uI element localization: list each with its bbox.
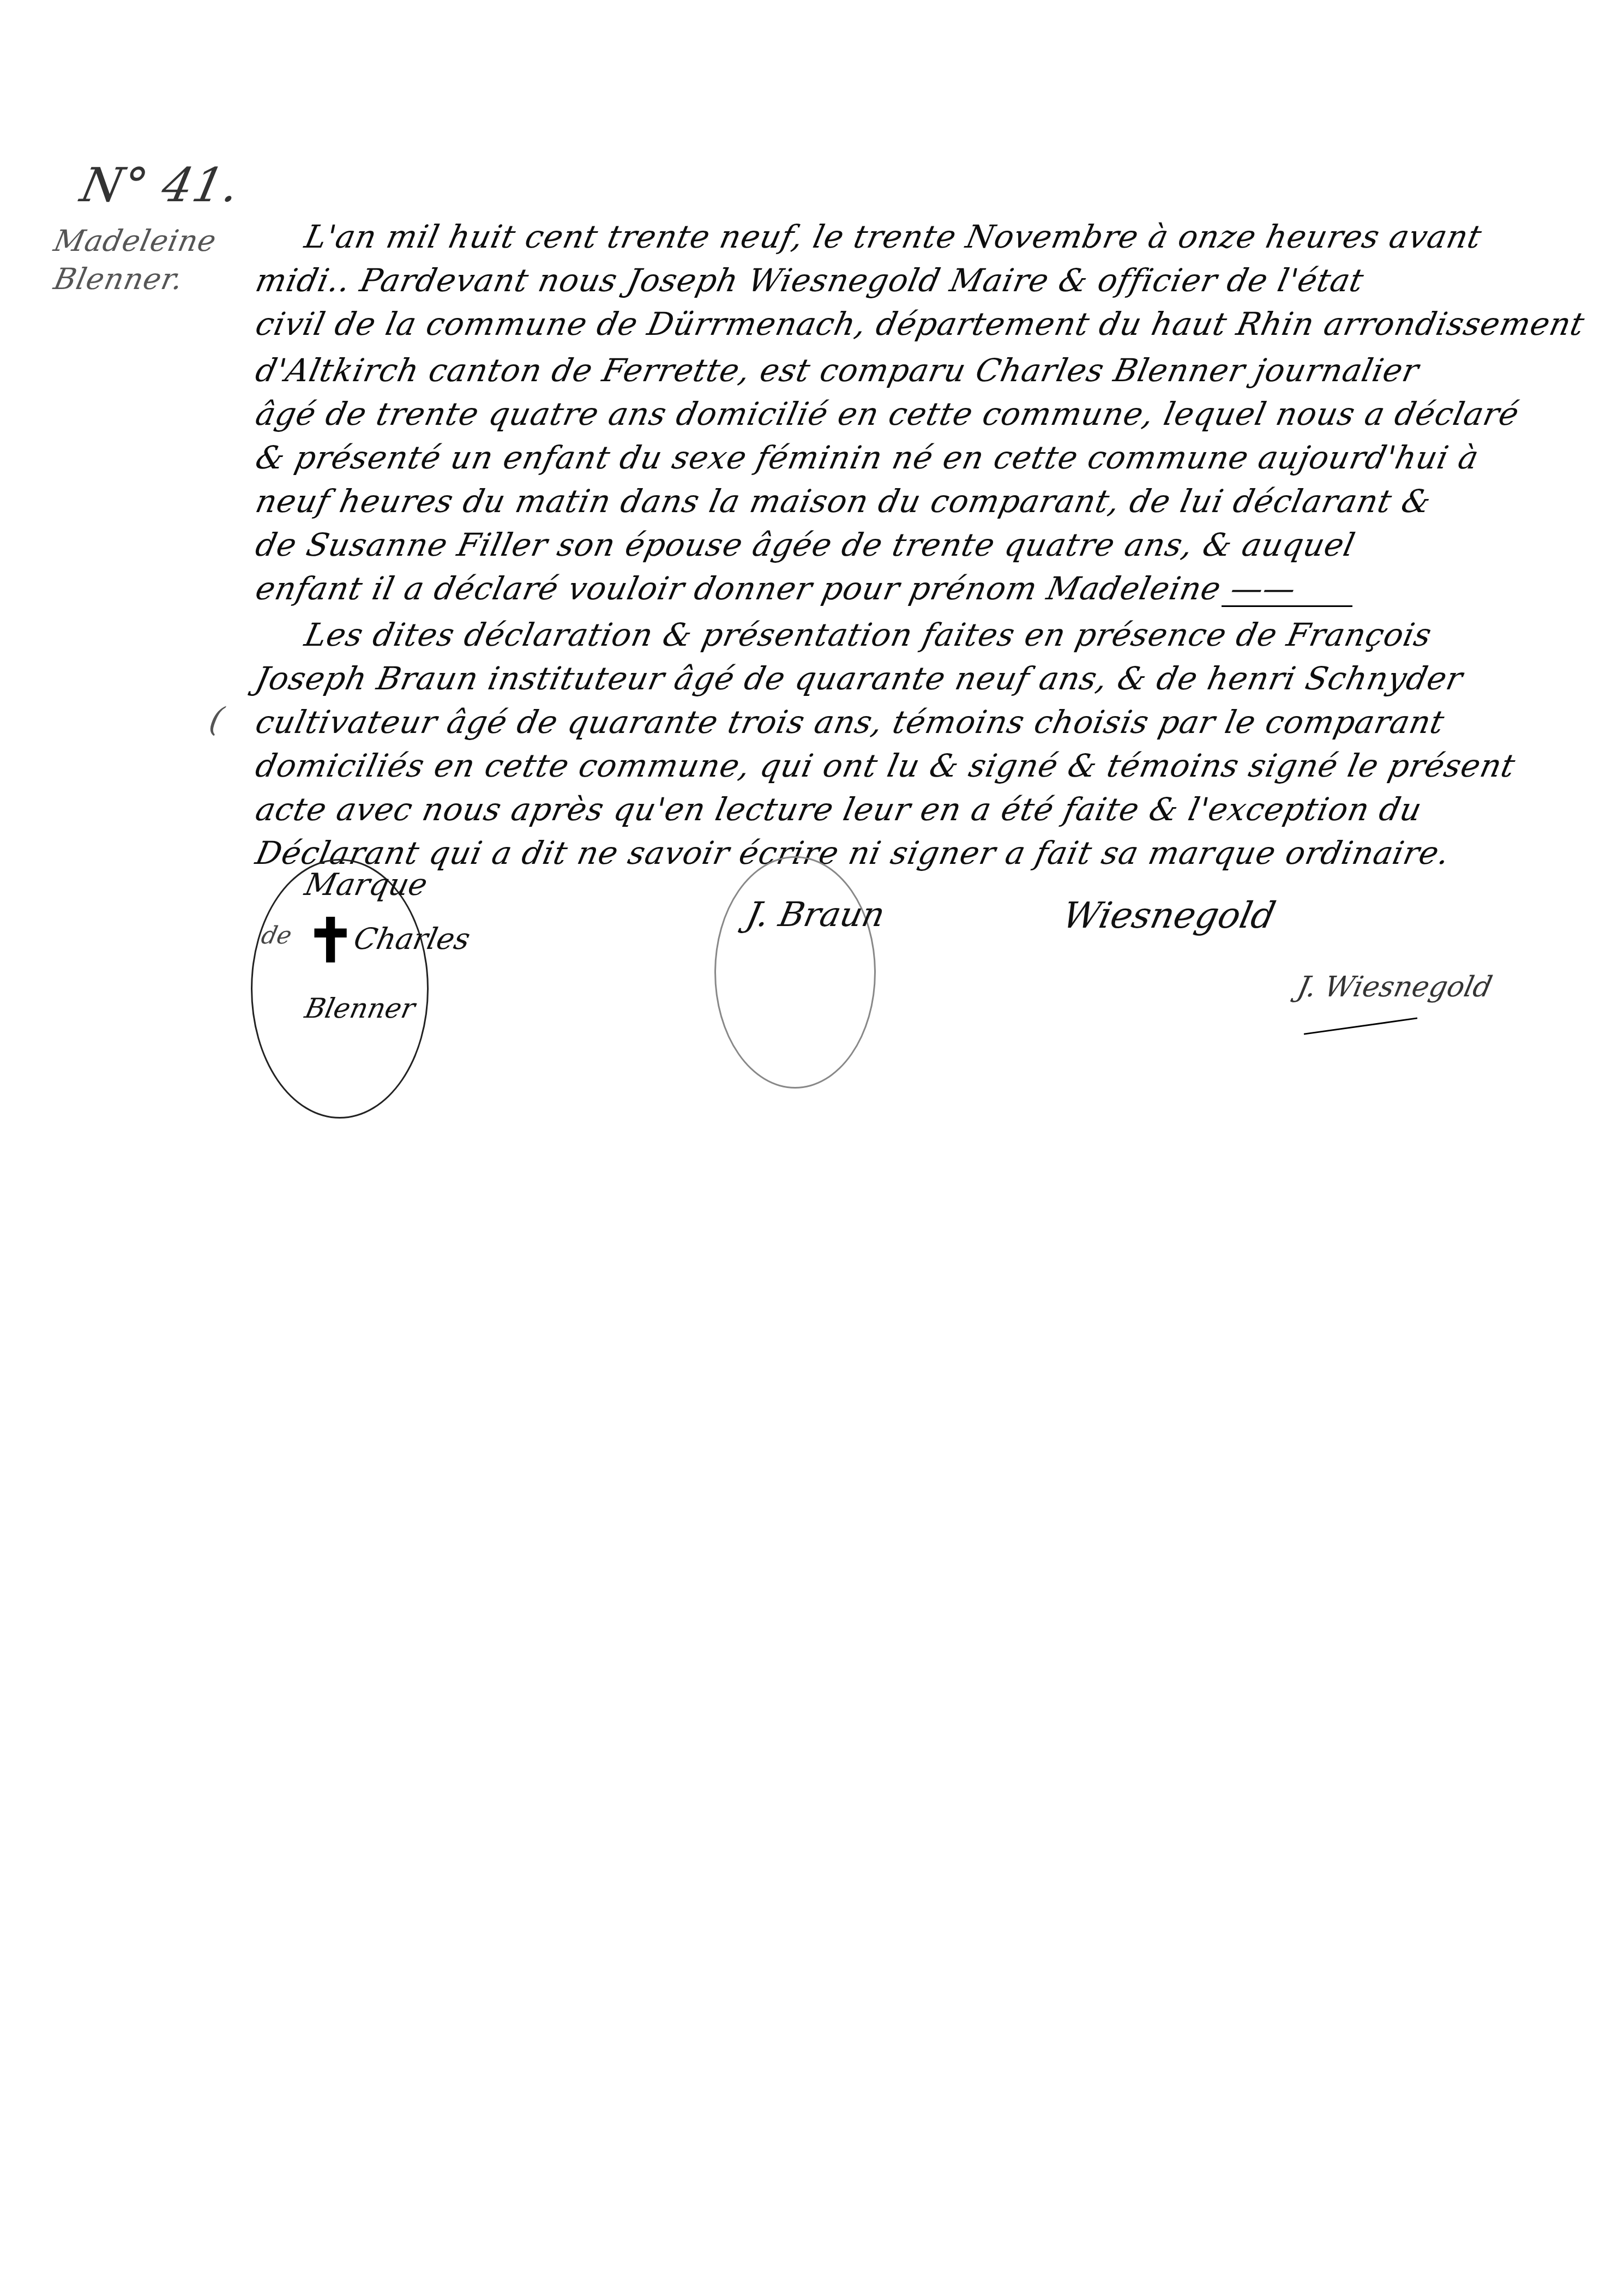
body-line-3: civil de la commune de Dürrmenach, dépar…	[252, 305, 1588, 342]
body-line-5: âgé de trente quatre ans domicilié en ce…	[252, 395, 1523, 432]
document-page: N° 41. Madeleine Blenner. L'an mil huit …	[0, 0, 1624, 2296]
mark-surname: Blenner	[302, 993, 418, 1024]
mark-name: Charles	[351, 922, 473, 956]
body-line-12: cultivateur âgé de quarante trois ans, t…	[252, 704, 1448, 741]
body-line-9: enfant il a déclaré vouloir donner pour …	[252, 570, 1300, 607]
mayor-signature: Wiesnegold	[1059, 894, 1279, 936]
margin-note-given-name: Madeleine	[51, 224, 220, 258]
body-line-1-text: L'an mil huit cent trente neuf, le trent…	[302, 218, 1485, 255]
mark-label: Marque	[302, 867, 430, 903]
paraph-flourish	[1304, 1017, 1417, 1035]
witness-signature: J. Braun	[743, 894, 888, 934]
body-line-7: neuf heures du matin dans la maison du c…	[252, 483, 1435, 520]
child-name-underline	[1222, 605, 1352, 607]
body-line-2: midi.. Pardevant nous Joseph Wiesnegold …	[252, 262, 1368, 299]
entry-number: N° 41.	[76, 158, 245, 213]
witness-signature-oval	[714, 856, 876, 1089]
body-line-4: d'Altkirch canton de Ferrette, est compa…	[252, 352, 1423, 389]
body-line-10: Les dites déclaration & présentation fai…	[302, 616, 1435, 653]
body-line-15: Déclarant qui a dit ne savoir écrire ni …	[252, 834, 1453, 871]
body-line-14: acte avec nous après qu'en lecture leur …	[252, 791, 1425, 828]
body-line-11: Joseph Braun instituteur âgé de quarante…	[252, 660, 1466, 697]
cross-mark-icon: ✝	[305, 905, 356, 976]
mark-prefix: de	[259, 922, 294, 949]
body-line-1: L'an mil huit cent trente neuf, le trent…	[302, 218, 1485, 255]
body-line-13: domiciliés en cette commune, qui ont lu …	[252, 747, 1519, 784]
margin-bracket-mark: (	[206, 701, 227, 739]
body-line-6: & présenté un enfant du sexe féminin né …	[252, 439, 1482, 476]
body-line-8: de Susanne Filler son épouse âgée de tre…	[252, 526, 1359, 563]
paraph-signature: J. Wiesnegold	[1295, 971, 1495, 1003]
margin-note-surname: Blenner.	[51, 262, 187, 296]
